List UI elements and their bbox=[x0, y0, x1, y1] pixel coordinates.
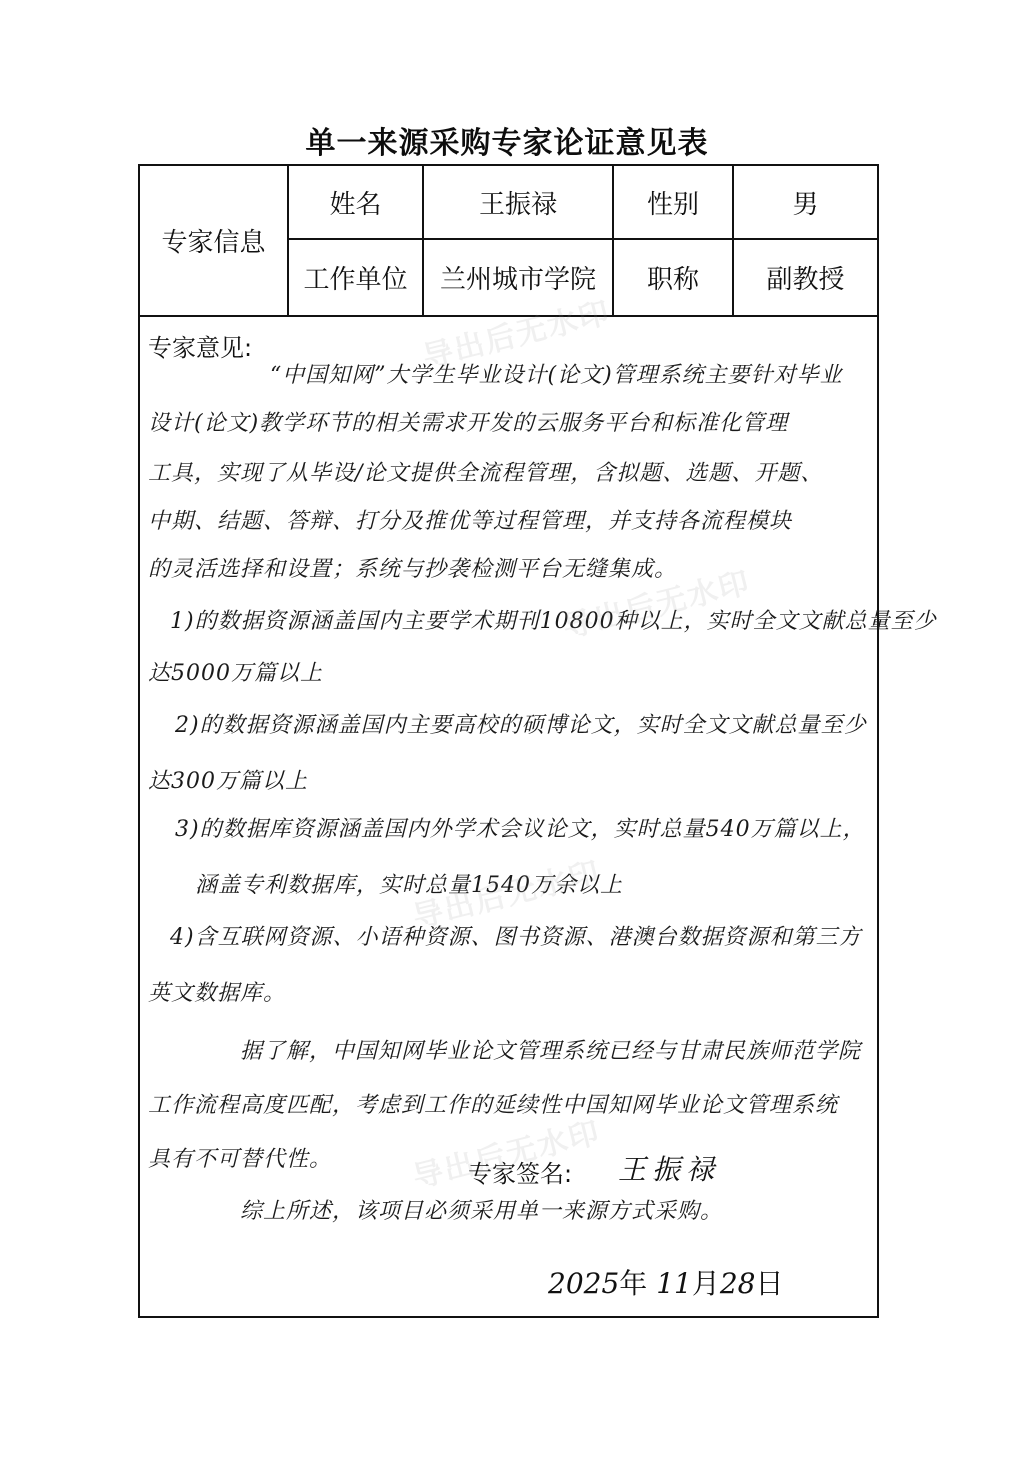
signature-area: 专家签名: 王振禄 2025年 11月28日 bbox=[138, 314, 879, 1318]
expert-info-table: 专家信息 姓名 王振禄 性别 男 工作单位 兰州城市学院 职称 副教授 bbox=[140, 166, 877, 317]
name-label: 姓名 bbox=[288, 166, 423, 239]
signature-label: 专家签名: bbox=[468, 1154, 572, 1189]
date-day: 28 bbox=[720, 1267, 756, 1300]
date-year-unit: 年 bbox=[619, 1267, 647, 1300]
gender-label: 性别 bbox=[613, 166, 733, 239]
gender-value: 男 bbox=[733, 166, 877, 239]
workplace-value: 兰州城市学院 bbox=[423, 239, 613, 316]
document-title: 单一来源采购专家论证意见表 bbox=[0, 118, 1014, 162]
title-label: 职称 bbox=[613, 239, 733, 316]
title-value: 副教授 bbox=[733, 239, 877, 316]
name-value: 王振禄 bbox=[423, 166, 613, 239]
date: 2025年 11月28日 bbox=[548, 1262, 784, 1302]
workplace-label: 工作单位 bbox=[288, 239, 423, 316]
expert-info-section-label: 专家信息 bbox=[140, 166, 288, 316]
date-month: 11 bbox=[656, 1267, 692, 1300]
date-month-unit: 月 bbox=[692, 1267, 720, 1300]
date-year: 2025 bbox=[548, 1267, 619, 1300]
date-day-unit: 日 bbox=[755, 1267, 783, 1300]
signature-value: 王振禄 bbox=[618, 1148, 720, 1188]
